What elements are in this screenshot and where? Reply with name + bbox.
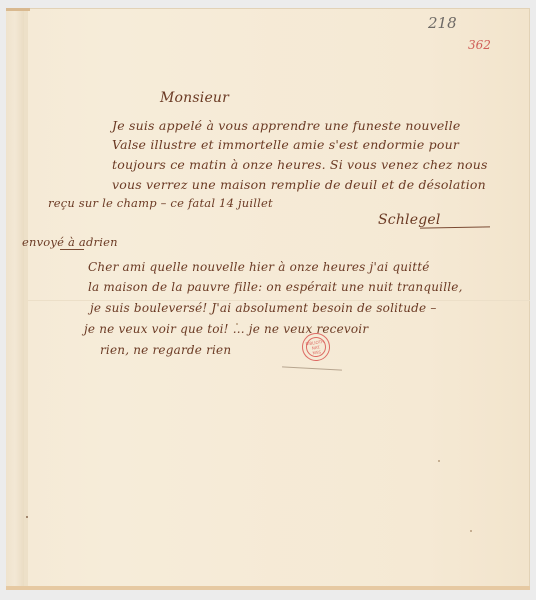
letter-line: toujours ce matin à onze heures. Si vous…: [112, 157, 488, 172]
letter-line: reçu sur le champ – ce fatal 14 juillet: [48, 196, 273, 210]
note-label-underline: [60, 249, 84, 250]
paper-top-lip: [6, 8, 30, 11]
binding-edge-inner: [24, 8, 28, 590]
paper-speck: [26, 516, 28, 518]
folio-number-pencil: 218: [428, 14, 457, 32]
letter-salutation: Monsieur: [160, 90, 229, 106]
note-line: je ne veux voir que toi! ... je ne veux …: [84, 322, 368, 336]
note-line: rien, ne regarde rien: [100, 343, 231, 357]
library-stamp-inner: BIBLIOTH. NAT. MSS: [305, 336, 328, 359]
paper-speck: [438, 460, 440, 462]
letter-line: Valse illustre et immortelle amie s'est …: [112, 137, 459, 152]
letter-line: Je suis appelé à vous apprendre une fune…: [112, 118, 460, 133]
letter-line: vous verrez une maison remplie de deuil …: [112, 177, 486, 192]
note-label: envoyé à adrien: [22, 235, 118, 249]
binding-edge: [6, 8, 25, 590]
folio-number-red: 362: [468, 38, 491, 52]
note-line: Cher ami quelle nouvelle hier à onze heu…: [88, 260, 430, 274]
stamp-text: MSS: [312, 349, 321, 355]
note-line: je suis bouleversé! J'ai absolument beso…: [90, 301, 437, 315]
paper-sheet: [6, 8, 530, 590]
note-line: la maison de la pauvre fille: on espérai…: [88, 280, 463, 294]
paper-bottom-edge: [6, 586, 530, 590]
paper-speck: [236, 323, 238, 325]
letter-signature: Schlegel: [378, 212, 441, 228]
paper-speck: [470, 530, 472, 532]
